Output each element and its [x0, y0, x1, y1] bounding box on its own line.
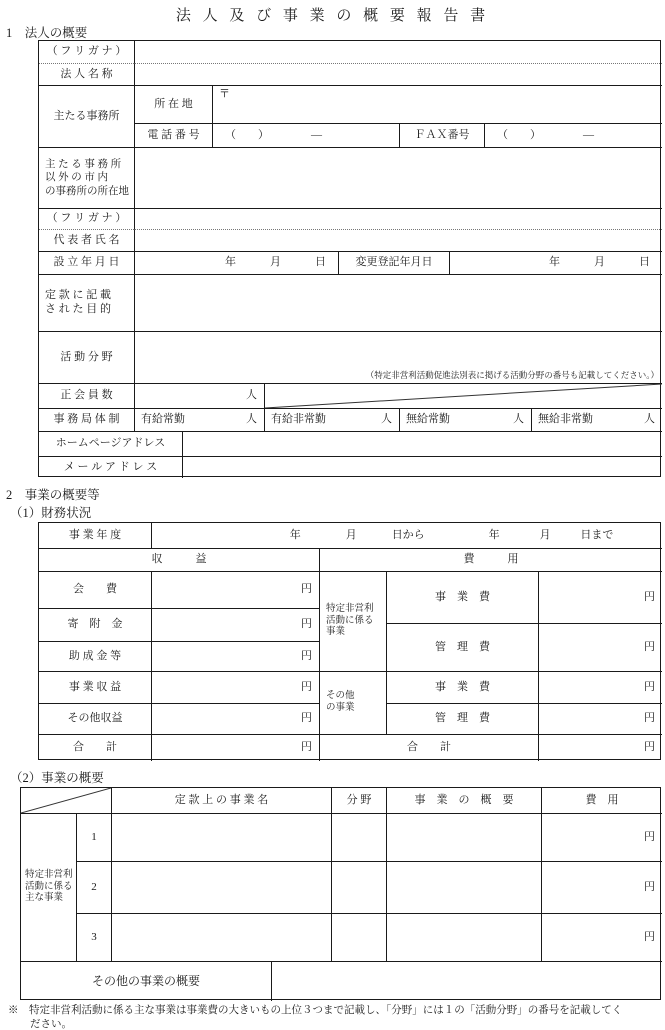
month-unit: 月: [346, 529, 357, 543]
other-business-expense-amount[interactable]: 円: [538, 671, 662, 703]
establish-date-field[interactable]: 年 月 日: [134, 251, 338, 274]
business-name-field-2[interactable]: [111, 861, 331, 913]
yen-unit: 円: [644, 641, 655, 655]
yen-unit: 円: [644, 931, 655, 945]
year-unit: 年: [290, 529, 301, 543]
npo-admin-expense-label: 管 理 費: [386, 623, 538, 671]
establish-date-label: 設 立 年 月 日: [39, 251, 134, 274]
activity-field-note: （特定非営利活動促進法別表に掲げる活動分野の番号も記載してください。）: [366, 370, 659, 381]
business-summary-field-2[interactable]: [386, 861, 541, 913]
footnote: ※ 特定非営利活動に係る主な事業は事業費の大きいもの上位３つまで記載し、「分野」…: [8, 1004, 660, 1030]
other-business-expense-label: 事 業 費: [386, 671, 538, 703]
expense-total-amount[interactable]: 円: [538, 734, 662, 761]
person-unit: 人: [381, 413, 392, 427]
expense-total-label: 合 計: [319, 734, 538, 761]
corp-name-field[interactable]: [134, 63, 662, 85]
staff-paid-parttime-field[interactable]: 有給非常勤 人: [264, 408, 399, 431]
other-business-group-label: その他 の事業: [319, 671, 386, 734]
diagonal-strike-icon: [265, 384, 662, 408]
email-field[interactable]: [182, 456, 662, 478]
yen-unit: 円: [644, 712, 655, 726]
other-business-field[interactable]: [271, 961, 662, 1001]
npo-business-expense-label: 事 業 費: [386, 571, 538, 623]
business-summary-field-1[interactable]: [386, 813, 541, 861]
npo-business-expense-amount[interactable]: 円: [538, 571, 662, 623]
business-income-label: 事 業 収 益: [39, 671, 151, 703]
yen-unit: 円: [644, 741, 655, 755]
business-cost-field-1[interactable]: 円: [541, 813, 662, 861]
year-unit: 年: [225, 256, 236, 270]
npo-main-business-group-label: 特定非営利 活動に係る 主な事業: [21, 813, 76, 961]
business-overview-heading: （2）事業の概要: [10, 768, 104, 786]
rep-name-label: 代 表 者 氏 名: [39, 229, 134, 251]
phone-paren: （ ）: [225, 129, 269, 143]
yen-unit: 円: [644, 881, 655, 895]
business-name-field-1[interactable]: [111, 813, 331, 861]
purpose-field[interactable]: [134, 274, 662, 331]
income-total-amount[interactable]: 円: [151, 734, 319, 761]
business-income-amount[interactable]: 円: [151, 671, 319, 703]
month-unit: 月: [594, 256, 605, 270]
financial-status-table: 事 業 年 度 年 月 日から 年 月 日まで 収 益 費 用 会 費 円 寄 …: [38, 522, 661, 760]
business-summary-field-3[interactable]: [386, 913, 541, 961]
section2-heading: 2 事業の概要等: [6, 485, 100, 503]
staff-unpaid-parttime-field[interactable]: 無給非常勤 人: [531, 408, 662, 431]
footnote-line2: ださい。: [8, 1018, 660, 1030]
year-unit: 年: [549, 256, 560, 270]
secretariat-label: 事 務 局 体 制: [39, 408, 134, 431]
npo-business-group-label: 特定非営利 活動に係る 事業: [319, 571, 386, 671]
address-field[interactable]: 〒: [212, 85, 662, 123]
members-diagonal-cell: [264, 383, 662, 408]
fax-paren: （ ）: [497, 129, 541, 143]
grant-label: 助 成 金 等: [39, 641, 151, 671]
email-label: メ ー ル ア ド レ ス: [39, 456, 182, 478]
members-count-field[interactable]: 人: [134, 383, 264, 408]
yen-unit: 円: [301, 618, 312, 632]
yen-unit: 円: [301, 650, 312, 664]
form-title: 法 人 及 び 事 業 の 概 要 報 告 書: [0, 4, 665, 25]
members-count-label: 正 会 員 数: [39, 383, 134, 408]
other-business-label: その他の事業の概要: [21, 961, 271, 1001]
membership-fee-amount[interactable]: 円: [151, 571, 319, 608]
phone-field[interactable]: （ ） ―: [212, 123, 399, 147]
yen-unit: 円: [301, 681, 312, 695]
income-total-label: 合 計: [39, 734, 151, 761]
staff-paid-fulltime-field[interactable]: 有給常勤 人: [134, 408, 264, 431]
diagonal-strike-icon: [21, 788, 111, 813]
year-unit: 年: [489, 529, 500, 543]
staff-type-label: 無給非常勤: [538, 413, 593, 427]
fiscal-year-field[interactable]: 年 月 日から 年 月 日まで: [151, 523, 662, 548]
finance-heading: （1）財務状況: [10, 503, 91, 521]
day-until-unit: 日まで: [580, 529, 613, 543]
phone-dash: ―: [311, 129, 322, 143]
yen-unit: 円: [301, 583, 312, 597]
postal-mark: 〒: [219, 88, 230, 102]
fax-dash: ―: [583, 129, 594, 143]
person-unit: 人: [246, 413, 257, 427]
staff-type-label: 無給常勤: [406, 413, 450, 427]
business-overview-table: 定 款 上 の 事 業 名 分 野 事 業 の 概 要 費 用 特定非営利 活動…: [20, 787, 661, 1000]
fax-field[interactable]: （ ） ―: [484, 123, 662, 147]
npo-admin-expense-amount[interactable]: 円: [538, 623, 662, 671]
other-admin-expense-label: 管 理 費: [386, 703, 538, 734]
other-income-label: その他収益: [39, 703, 151, 734]
furigana-label: （ フ リ ガ ナ ）: [39, 41, 134, 63]
row-number: 1: [76, 813, 111, 861]
day-from-unit: 日から: [392, 529, 425, 543]
fax-label: ＦＡＸ番号: [399, 123, 484, 147]
yen-unit: 円: [301, 741, 312, 755]
other-office-field[interactable]: [134, 147, 662, 208]
registration-change-field[interactable]: 年 月 日: [449, 251, 662, 274]
business-cost-field-2[interactable]: 円: [541, 861, 662, 913]
other-office-label: 主 た る 事 務 所 以 外 の 市 内 の事務所の所在地: [39, 147, 134, 208]
fiscal-year-label: 事 業 年 度: [39, 523, 151, 548]
yen-unit: 円: [301, 712, 312, 726]
column-field: 分 野: [331, 788, 386, 813]
month-unit: 月: [270, 256, 281, 270]
corp-name-label: 法 人 名 称: [39, 63, 134, 85]
row-number: 2: [76, 861, 111, 913]
homepage-field[interactable]: [182, 431, 662, 456]
staff-unpaid-fulltime-field[interactable]: 無給常勤 人: [399, 408, 531, 431]
field-number-field-3[interactable]: [331, 913, 386, 961]
other-admin-expense-amount[interactable]: 円: [538, 703, 662, 734]
column-cost: 費 用: [541, 788, 662, 813]
business-cost-field-3[interactable]: 円: [541, 913, 662, 961]
expense-header: 費 用: [319, 548, 662, 571]
main-office-label: 主たる事務所: [39, 85, 134, 147]
yen-unit: 円: [644, 681, 655, 695]
donation-label: 寄 附 金: [39, 608, 151, 641]
membership-fee-label: 会 費: [39, 571, 151, 608]
person-unit: 人: [644, 413, 655, 427]
other-income-amount[interactable]: 円: [151, 703, 319, 734]
staff-type-label: 有給常勤: [141, 413, 185, 427]
yen-unit: 円: [644, 591, 655, 605]
yen-unit: 円: [644, 831, 655, 845]
person-unit: 人: [246, 389, 257, 403]
field-number-field-2[interactable]: [331, 861, 386, 913]
day-unit: 日: [315, 256, 326, 270]
rep-name-field[interactable]: [134, 229, 662, 251]
column-business-name: 定 款 上 の 事 業 名: [111, 788, 331, 813]
field-number-field-1[interactable]: [331, 813, 386, 861]
footnote-line1: ※ 特定非営利活動に係る主な事業は事業費の大きいもの上位３つまで記載し、「分野」…: [8, 1004, 660, 1018]
address-label: 所 在 地: [134, 85, 212, 123]
section1-heading: 1 法人の概要: [6, 23, 87, 41]
month-unit: 月: [540, 529, 551, 543]
header-diagonal-cell: [21, 788, 111, 813]
phone-label: 電 話 番 号: [134, 123, 212, 147]
homepage-label: ホームページアドレス: [39, 431, 182, 456]
corporate-overview-table: （ フ リ ガ ナ ） 法 人 名 称 主たる事務所 所 在 地 〒 電 話 番…: [38, 40, 661, 477]
purpose-label: 定 款 に 記 載 さ れ た 目 的: [39, 274, 134, 331]
furigana-field[interactable]: [134, 41, 662, 63]
registration-change-label: 変更登記年月日: [338, 251, 449, 274]
person-unit: 人: [513, 413, 524, 427]
income-header: 収 益: [39, 548, 319, 571]
activity-field-input[interactable]: （特定非営利活動促進法別表に掲げる活動分野の番号も記載してください。）: [134, 331, 662, 383]
activity-field-label: 活 動 分 野: [39, 331, 134, 383]
staff-type-label: 有給非常勤: [271, 413, 326, 427]
donation-amount[interactable]: 円: [151, 608, 319, 641]
rep-furigana-label: （ フ リ ガ ナ ）: [39, 208, 134, 229]
column-summary: 事 業 の 概 要: [386, 788, 541, 813]
grant-amount[interactable]: 円: [151, 641, 319, 671]
rep-furigana-field[interactable]: [134, 208, 662, 229]
report-form-page: 法 人 及 び 事 業 の 概 要 報 告 書 1 法人の概要 （ フ リ ガ …: [0, 0, 665, 1030]
day-unit: 日: [639, 256, 650, 270]
business-name-field-3[interactable]: [111, 913, 331, 961]
row-number: 3: [76, 913, 111, 961]
